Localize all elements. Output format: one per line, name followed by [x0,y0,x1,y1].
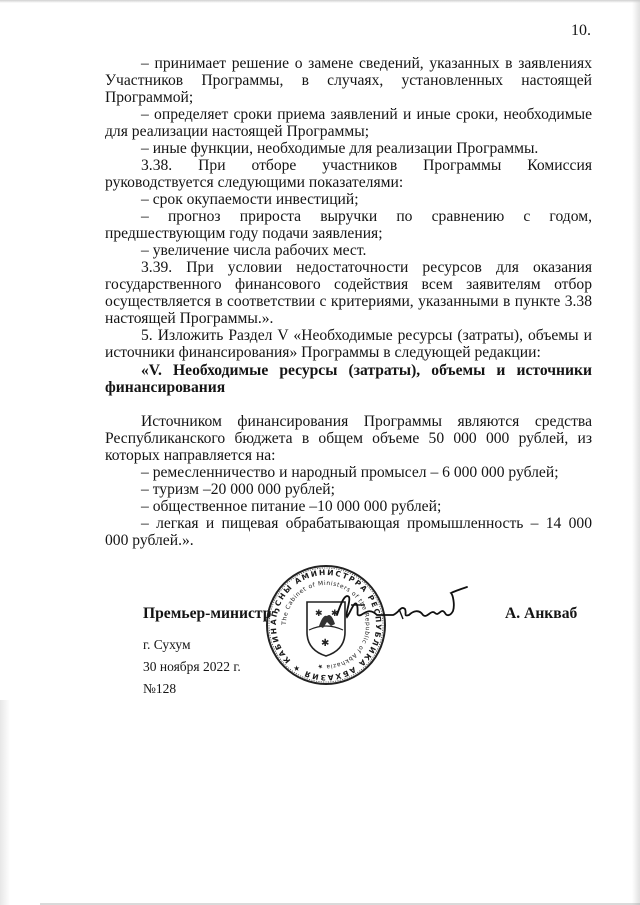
handwritten-signature-icon [335,585,470,630]
funding-item-industry: – легкая и пищевая обрабатывающая промыш… [105,515,592,549]
paragraph-commission-deadlines: – определяет сроки приема заявлений и ин… [105,106,592,140]
scan-edge-top [0,0,640,3]
paragraph-amend-section-5: 5. Изложить Раздел V «Необходимые ресурс… [105,327,592,361]
page-number: 10. [571,22,591,40]
funding-item-tourism: – туризм –20 000 000 рублей; [105,481,592,498]
document-number: №128 [143,681,176,697]
svg-text:✱: ✱ [321,638,329,649]
signatory-title: Премьер-министр [143,605,271,623]
document-date: 30 ноября 2022 г. [143,659,241,675]
scan-edge-right [632,0,640,905]
scan-edge-left [0,700,10,905]
svg-text:✱: ✱ [315,609,323,619]
paragraph-3-38: 3.38. При отборе участников Программы Ко… [105,157,592,191]
paragraph-funding-source: Источником финансирования Программы явля… [105,413,592,464]
signatory-name: А. Анкваб [505,605,577,623]
funding-item-catering: – общественное питание –10 000 000 рубле… [105,498,592,515]
document-city: г. Сухум [143,637,191,653]
funding-item-crafts: – ремесленничество и народный промысел –… [105,464,592,481]
paragraph-criterion-revenue: – прогноз прироста выручки по сравнению … [105,208,592,242]
paragraph-criterion-jobs: – увеличение числа рабочих мест. [105,242,592,259]
paragraph-criterion-payback: – срок окупаемости инвестиций; [105,191,592,208]
document-body: – принимает решение о замене сведений, у… [105,55,592,549]
section-v-heading: «V. Необходимые ресурсы (затраты), объем… [105,362,592,396]
paragraph-commission-replace: – принимает решение о замене сведений, у… [105,55,592,106]
paragraph-3-39: 3.39. При условии недостаточности ресурс… [105,259,592,327]
paragraph-commission-other: – иные функции, необходимые для реализац… [105,140,592,157]
